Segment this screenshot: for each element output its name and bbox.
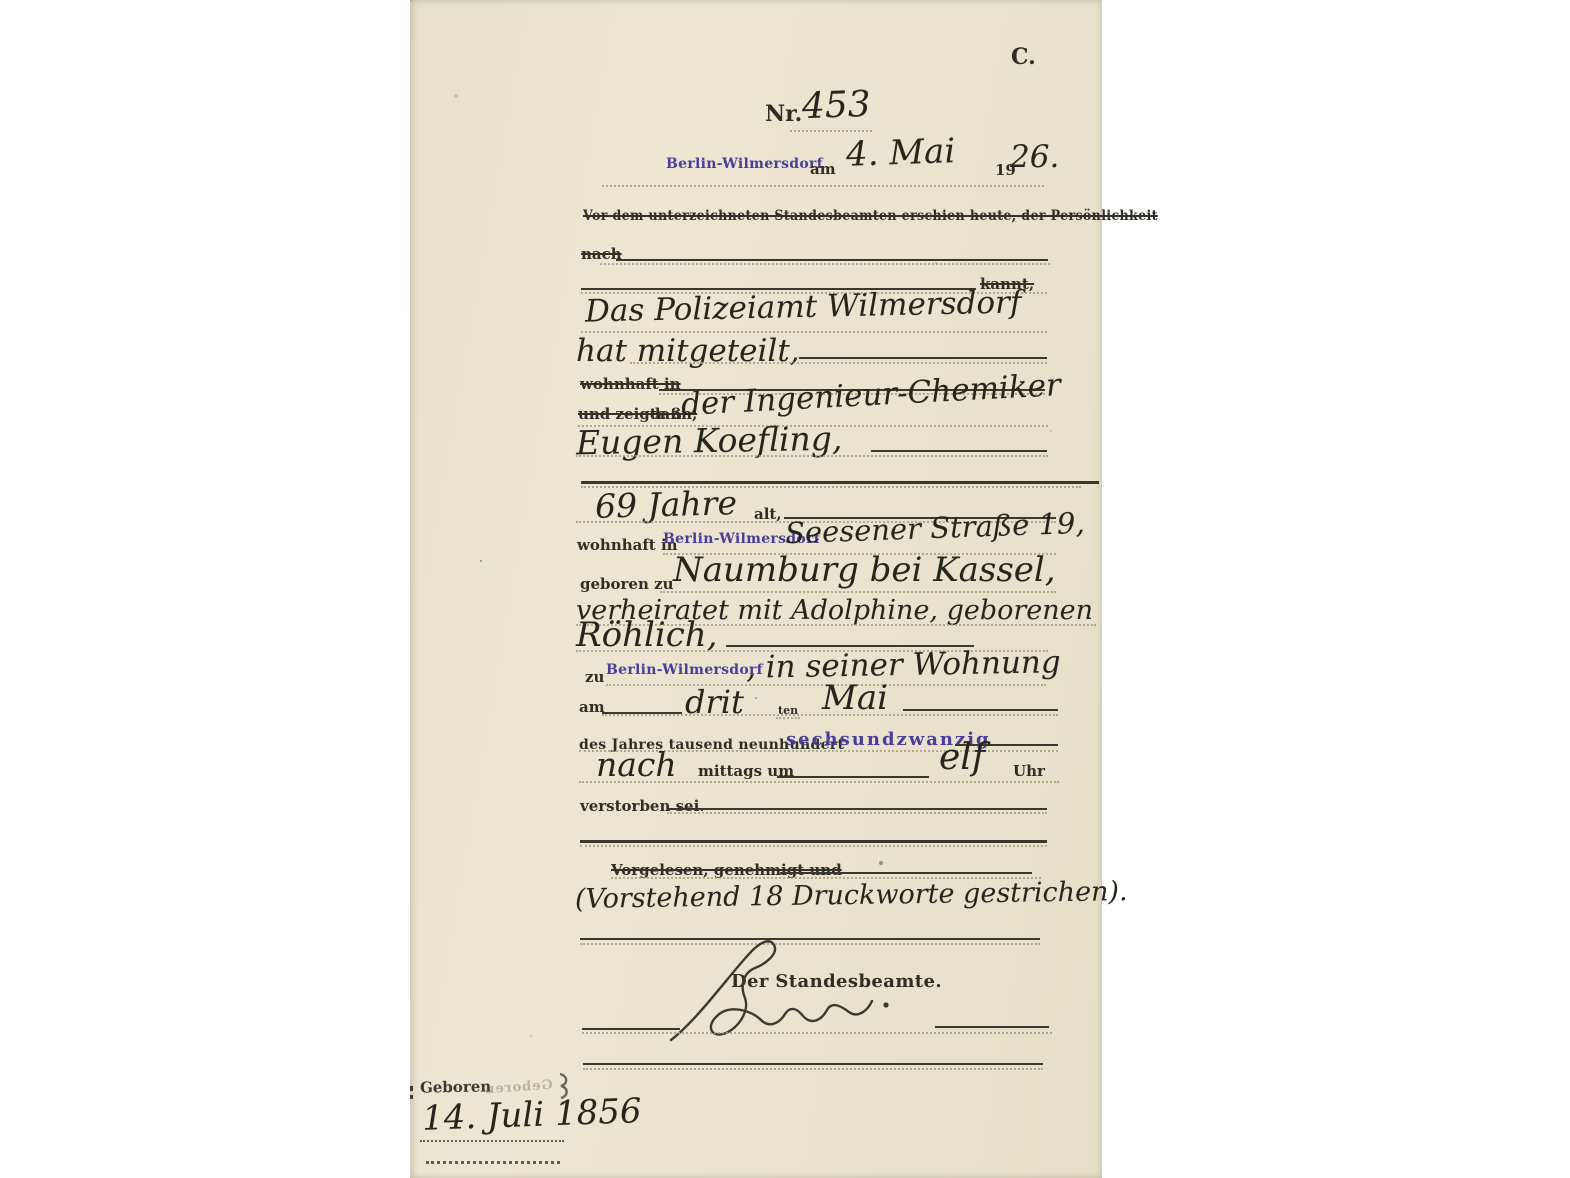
hw-deletion-note: (Vorstehend 18 Druckworte gestrichen). (575, 878, 1128, 913)
entry-guide (602, 714, 1058, 716)
hw-authority-1: Das Polizeiamt Wilmersdorf (585, 287, 1022, 327)
paper-edge-mark (410, 1095, 413, 1099)
corner-letter: C. (1011, 46, 1036, 68)
struck-intro: Vor dem unterzeichneten Standesbeamten e… (583, 209, 1158, 223)
hw-profession: der Ingenieur-Chemiker (680, 370, 1061, 421)
am-label: am (810, 162, 836, 177)
record-number-value: 453 (801, 87, 871, 125)
hw-name: Eugen Koefling, (576, 422, 843, 460)
certificate-page: C. Nr. 453 Berlin-Wilmersdorf am 4. Mai … (410, 0, 1102, 1178)
record-number-underline (790, 130, 872, 132)
entry-line (616, 259, 1048, 261)
printed-am: am (579, 700, 605, 715)
entry-line (667, 808, 1047, 810)
signature-line-left (582, 1028, 680, 1030)
entry-guide (630, 362, 1047, 364)
entry-guide (576, 455, 1048, 457)
year-value: 26. (1010, 142, 1059, 173)
bottom-rule (583, 1063, 1043, 1065)
hw-hour: elf (939, 740, 985, 776)
official-signature (657, 928, 947, 1046)
entry-line (871, 450, 1047, 452)
entry-guide (582, 1032, 1052, 1034)
geboren-stamp: Geboren (420, 1079, 491, 1095)
entry-line (799, 357, 1047, 359)
record-number-label: Nr. (765, 103, 802, 125)
printed-geboren-zu: geboren zu (580, 577, 674, 592)
hw-birth-date: 14. Juli 1856 (421, 1094, 642, 1136)
margin-bottom-line (426, 1161, 560, 1164)
entry-guide (667, 812, 1047, 814)
printed-uhr: Uhr (1013, 764, 1045, 779)
entry-guide (660, 591, 1056, 593)
struck-vorgelesen: Vorgelesen, genehmigt und (611, 863, 842, 878)
hw-death-month: Mai (822, 681, 888, 715)
entry-line (777, 776, 929, 778)
hw-marriage-2: Röhlich, (576, 618, 717, 652)
entry-guide (580, 845, 1047, 847)
birth-date-underline (420, 1140, 564, 1142)
signature-line-right (935, 1026, 1049, 1028)
section-rule (581, 481, 1099, 484)
hw-birthplace: Naumburg bei Kassel, (673, 553, 1056, 587)
paper-edge-mark (410, 1086, 413, 1091)
hw-street: Seesener Straße 19, (785, 509, 1086, 548)
scanned-certificate: C. Nr. 453 Berlin-Wilmersdorf am 4. Mai … (0, 0, 1570, 1178)
printed-dass: daß (650, 407, 682, 422)
section-rule (580, 840, 1047, 843)
entry-line (903, 709, 1058, 711)
date-value: 4. Mai (845, 134, 955, 172)
entry-guide (600, 263, 1050, 265)
paper-speckles (410, 0, 412, 2)
entry-guide (579, 781, 1059, 783)
printed-zu: zu (585, 670, 604, 685)
entry-guide (583, 1068, 1043, 1070)
entry-line (780, 872, 1032, 874)
hw-nach: nach (596, 748, 677, 781)
date-line-guide (602, 185, 1044, 187)
ten-suffix-guide (776, 717, 800, 719)
hw-death-place: , in seiner Wohnung (746, 647, 1061, 683)
printed-alt: alt, (754, 507, 782, 522)
hw-age: 69 Jahre (595, 486, 738, 523)
death-place-stamp: Berlin-Wilmersdorf (606, 663, 763, 677)
place-stamp: Berlin-Wilmersdorf (666, 157, 823, 171)
